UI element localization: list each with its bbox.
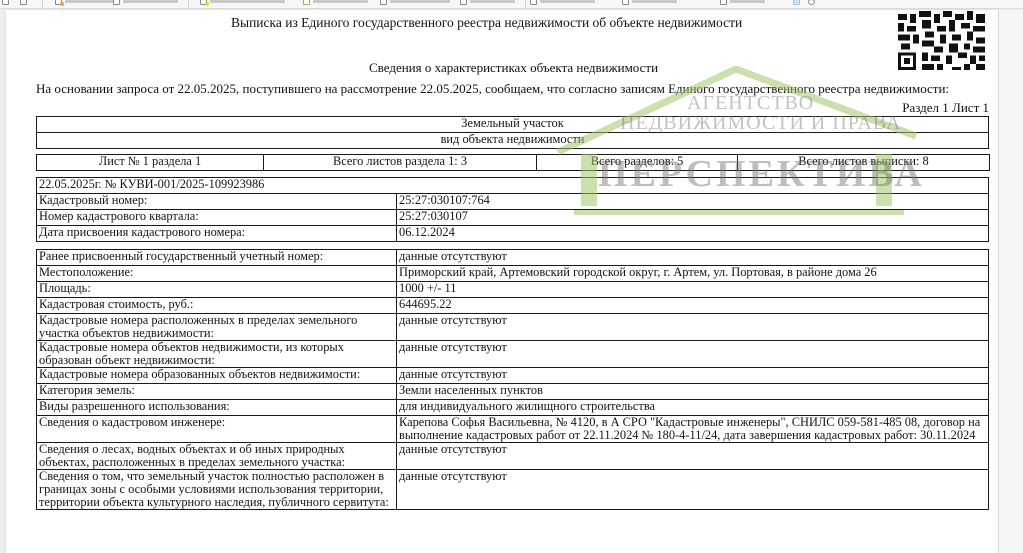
table-row: Ранее присвоенный государственный учетны… [37,250,989,266]
total-sections: Всего разделов: 5 [537,155,738,171]
comment-icon [55,0,62,5]
qr-code-icon [895,11,988,73]
compare-icon [720,0,727,5]
row-value: 644695.22 [397,298,989,314]
object-type: Земельный участок [37,117,989,133]
toolbar-compare-button[interactable] [720,0,765,6]
row-value: Карепова Софья Васильевна, № 4120, в А С… [397,416,989,443]
toolbar-document-button[interactable] [530,0,595,6]
vertical-scrollbar[interactable] [998,10,1023,553]
row-value: данные отсутствуют [397,368,989,384]
extract-id: 22.05.2025г. № КУВИ-001/2025-109923986 [37,178,989,194]
app-toolbar [0,0,1023,9]
row-value: данные отсутствуют [397,470,989,510]
row-label: Кадастровые номера объектов недвижимости… [37,341,397,368]
sheet-number: Лист № 1 раздела 1 [37,155,264,171]
print-icon [113,0,120,5]
toolbar-zoom-button[interactable] [622,0,677,6]
object-type-table: Земельный участок вид объекта недвижимос… [36,116,989,149]
table-row: Кадастровые номера объектов недвижимости… [37,341,989,368]
toolbar-signature-button[interactable] [303,0,368,6]
toolbar-highlight-button[interactable] [200,0,285,6]
table-row: Местоположение:Приморский край, Артемовс… [37,266,989,282]
row-label: Кадастровые номера образованных объектов… [37,368,397,384]
document-title: Выписка из Единого государственного реес… [231,15,742,30]
table-row: Сведения о лесах, водных объектах и об и… [37,443,989,470]
row-value: 1000 +/- 11 [397,282,989,298]
table-row: Кадастровый номер:25:27:030107:764 [37,194,989,210]
characteristics-table: Ранее присвоенный государственный учетны… [36,249,989,510]
row-value: данные отсутствуют [397,443,989,470]
toolbar-arrow-button-1[interactable] [380,0,450,6]
toolbar-print-button[interactable] [113,0,178,6]
row-value: 25:27:030107:764 [397,194,989,210]
sheet-info-table: Лист № 1 раздела 1 Всего листов раздела … [36,154,990,171]
toolbar-save-button[interactable] [20,0,27,6]
table-row: Кадастровые номера образованных объектов… [37,368,989,384]
document-icon [530,0,537,5]
row-label: Кадастровые номера расположенных в преде… [37,314,397,341]
table-row: Кадастровая стоимость, руб.:644695.22 [37,298,989,314]
total-sheets-extract: Всего листов выписки: 8 [738,155,990,171]
object-kind-label: вид объекта недвижимости [37,133,989,149]
row-value: Приморский край, Артемовский городской о… [397,266,989,282]
row-value: 06.12.2024 [397,226,989,242]
total-sheets-section: Всего листов раздела 1: 3 [264,155,537,171]
row-value: для индивидуального жилищного строительс… [397,400,989,416]
table-row: Сведения о кадастровом инженере:Карепова… [37,416,989,443]
row-label: Площадь: [37,282,397,298]
toolbar-help-button[interactable] [808,0,815,6]
highlight-icon [200,0,207,5]
toolbar-comment-button[interactable] [55,0,115,6]
row-label: Ранее присвоенный государственный учетны… [37,250,397,266]
row-value: данные отсутствуют [397,314,989,341]
table-row: Категория земель:Земли населенных пункто… [37,384,989,400]
arrow-icon [380,0,387,5]
row-label: Номер кадастрового квартала: [37,210,397,226]
section-subtitle: Сведения о характеристиках объекта недви… [369,60,658,75]
request-basis-text: На основании запроса от 22.05.2025, пост… [36,81,949,96]
undo-icon [2,0,9,5]
row-label: Местоположение: [37,266,397,282]
row-label: Сведения о том, что земельный участок по… [37,470,397,510]
arrow-icon [460,0,467,5]
row-value: данные отсутствуют [397,341,989,368]
row-label: Категория земель: [37,384,397,400]
document-page: полное наименование органа регистрации п… [6,10,998,553]
row-label: Кадастровая стоимость, руб.: [37,298,397,314]
toolbar-arrow-button-2[interactable] [460,0,515,6]
help-icon [808,0,815,5]
save-icon [20,0,27,5]
row-label: Сведения о кадастровом инженере: [37,416,397,443]
row-label: Виды разрешенного использования: [37,400,397,416]
signature-icon [303,0,310,5]
row-value: 25:27:030107 [397,210,989,226]
toolbar-selection-button[interactable] [793,0,800,6]
row-label: Дата присвоения кадастрового номера: [37,226,397,242]
row-value: Земли населенных пунктов [397,384,989,400]
cadastral-info-table: 22.05.2025г. № КУВИ-001/2025-109923986 К… [36,177,989,242]
toolbar-undo-button[interactable] [2,0,9,6]
table-row: Сведения о том, что земельный участок по… [37,470,989,510]
selection-icon [793,0,800,5]
table-row: Номер кадастрового квартала:25:27:030107 [37,210,989,226]
row-value: данные отсутствуют [397,250,989,266]
section-sheet-ref: Раздел 1 Лист 1 [902,100,989,115]
table-row: Виды разрешенного использования:для инди… [37,400,989,416]
row-label: Сведения о лесах, водных объектах и об и… [37,443,397,470]
table-row: Кадастровые номера расположенных в преде… [37,314,989,341]
row-label: Кадастровый номер: [37,194,397,210]
table-row: Площадь:1000 +/- 11 [37,282,989,298]
table-row: Дата присвоения кадастрового номера:06.1… [37,226,989,242]
zoom-icon [622,0,629,5]
